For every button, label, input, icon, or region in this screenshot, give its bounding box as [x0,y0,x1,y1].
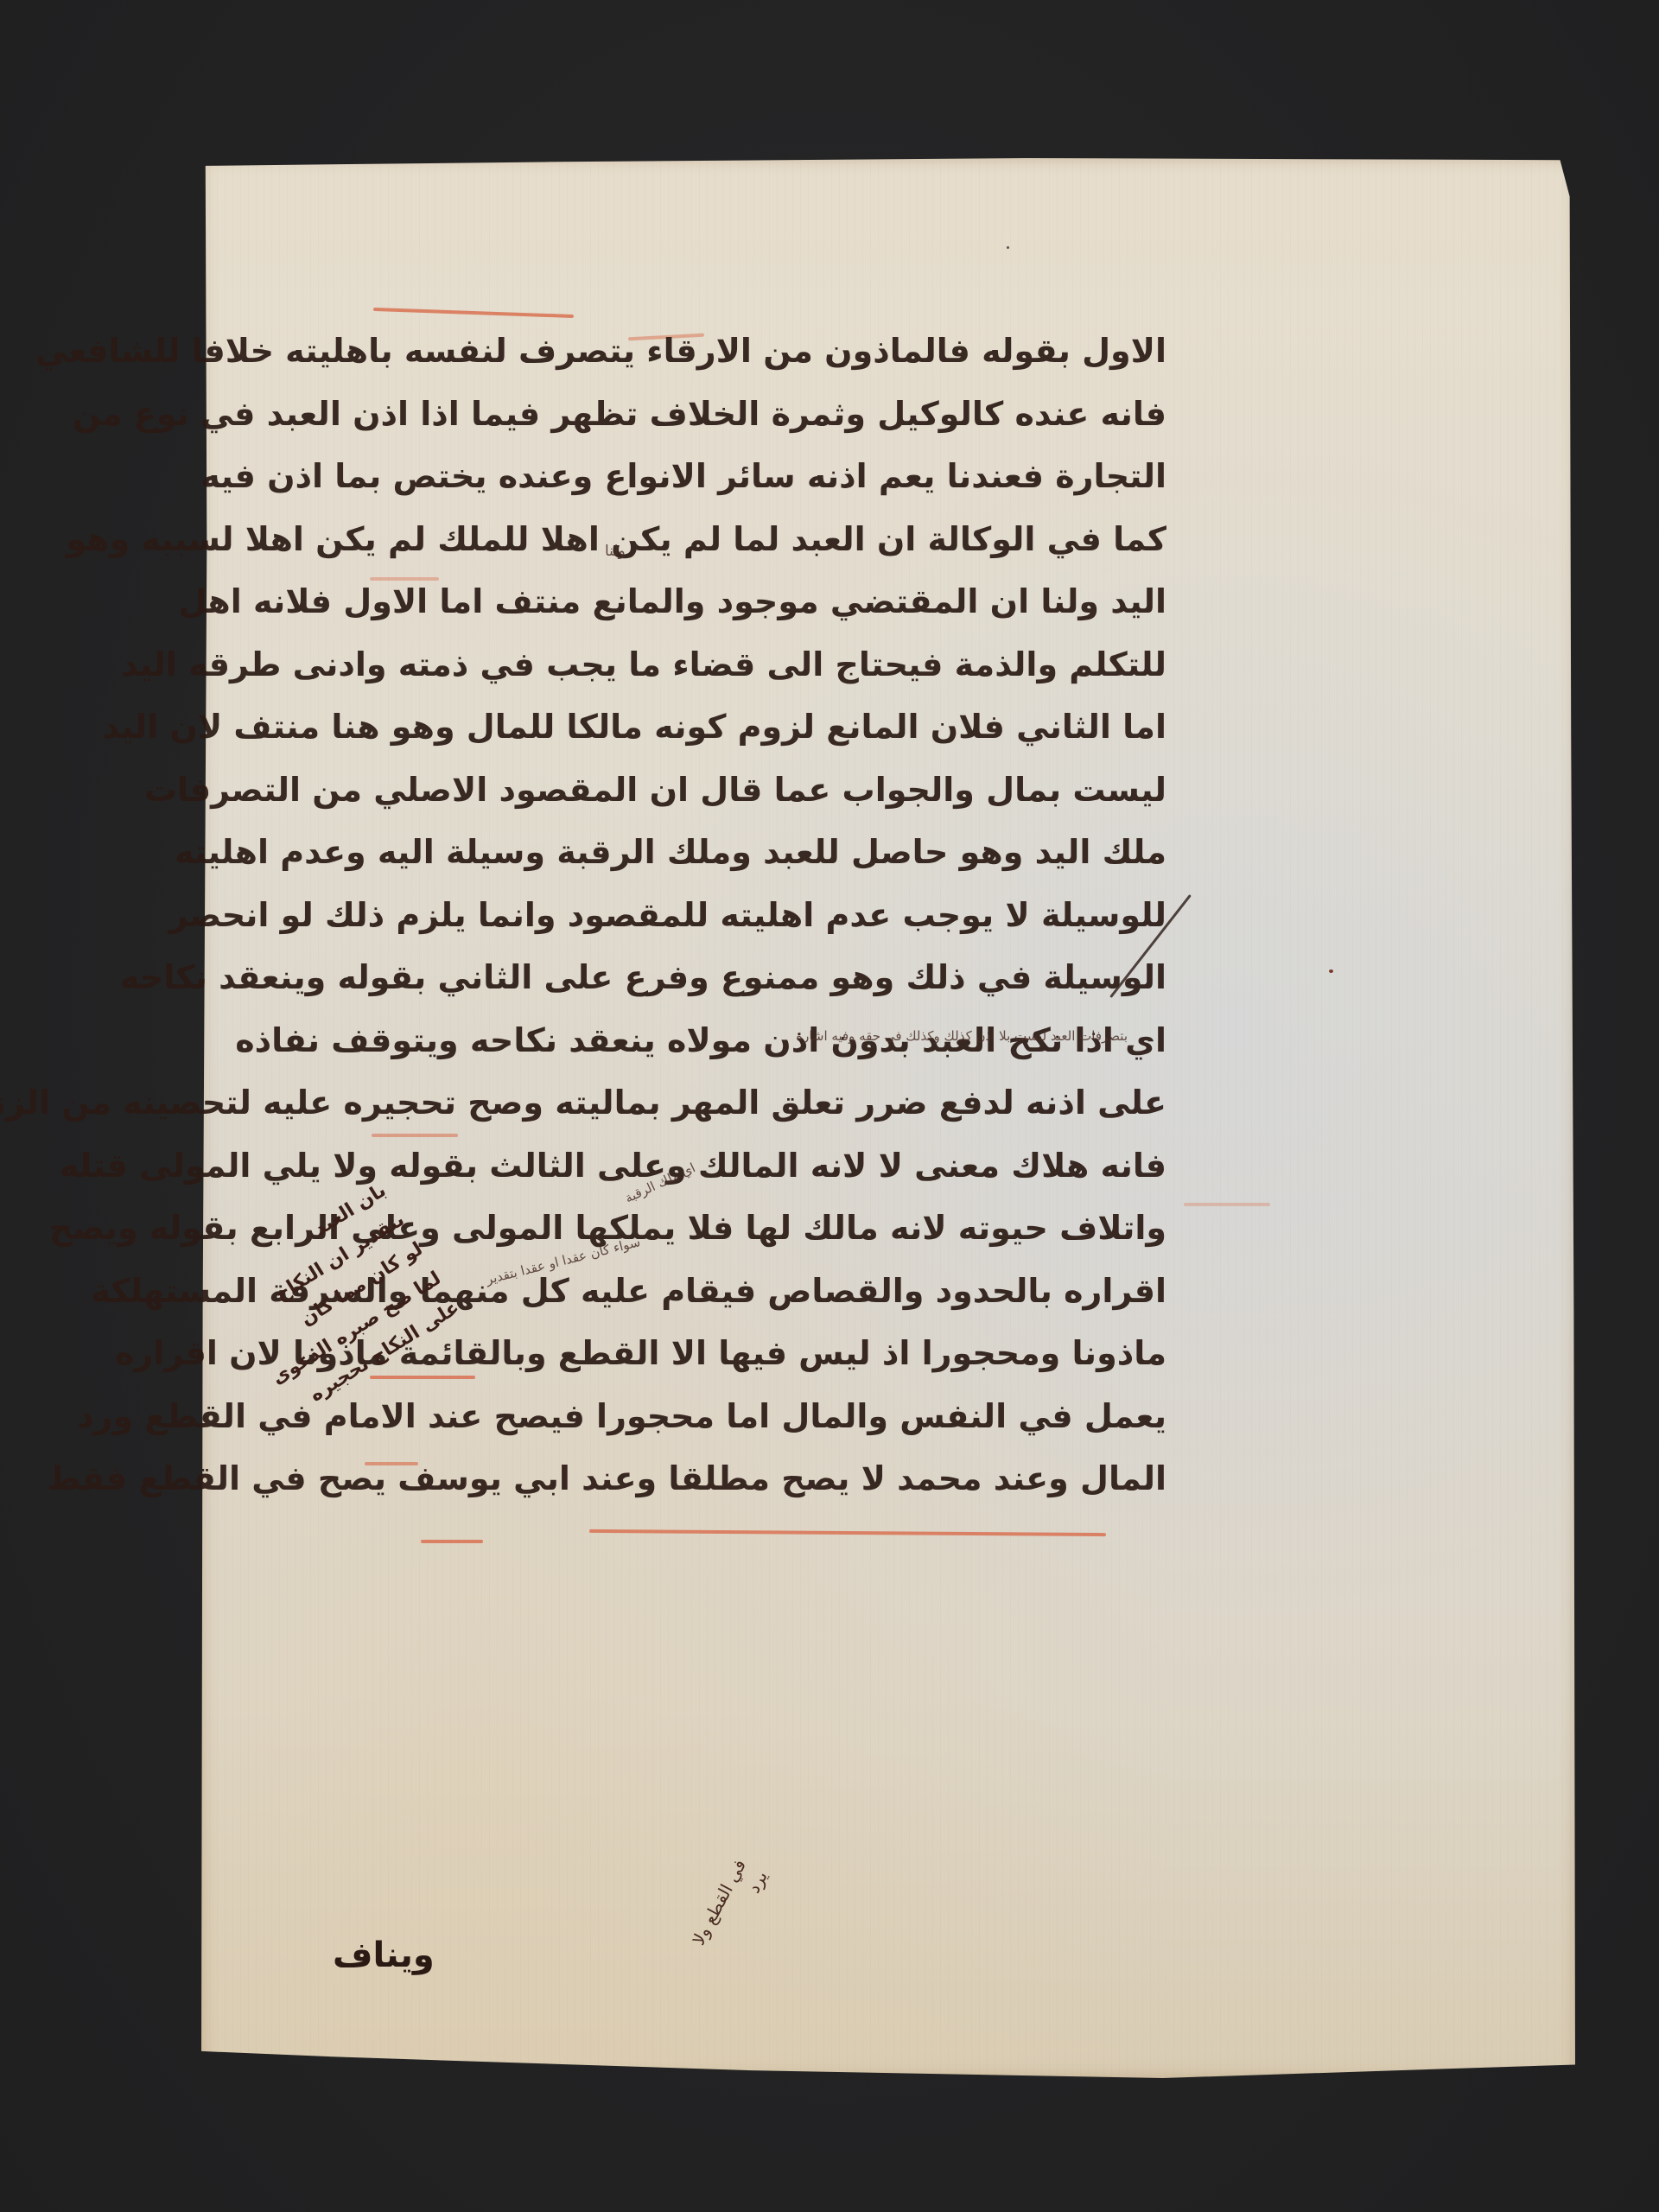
text-line-10: للوسيلة لا يوجب عدم اهليته للمقصود وانما… [363,884,1166,947]
text-line-16: اقراره بالحدود والقصاص فيقام عليه كل منه… [363,1260,1166,1323]
text-line-15: واتلاف حيوته لانه مالك لها فلا يملكها ال… [363,1197,1166,1260]
text-line-8: ليست بمال والجواب عما قال ان المقصود الا… [363,759,1166,822]
text-line-5: اليد ولنا ان المقتضي موجود والمانع منتف … [363,570,1166,633]
text-line-3: التجارة فعندنا يعم اذنه سائر الانواع وعن… [363,445,1166,508]
text-line-4: كما في الوكالة ان العبد لما لم يكن اهلا … [363,508,1166,571]
main-text-block: الاول بقوله فالماذون من الارقاء يتصرف لن… [363,320,1166,1510]
catchword: ويناف [333,1935,435,1975]
text-line-1: الاول بقوله فالماذون من الارقاء يتصرف لن… [363,320,1166,383]
rubric-overline [1184,1203,1270,1206]
text-line-9: ملك اليد وهو حاصل للعبد وملك الرقبة وسيل… [363,821,1166,884]
text-line-14: فانه هلاك معنى لا لانه المالك وعلى الثال… [363,1135,1166,1198]
text-line-18: يعمل في النفس والمال اما محجورا فيصح عند… [363,1385,1166,1448]
interlinear-gloss: ولنا [605,543,626,560]
ink-speck [1329,969,1333,973]
interlinear-gloss: بتصرفات العبد ليست بلا اذن كذلك وكذلك في… [471,1028,1128,1044]
text-line-19: المال وعند محمد لا يصح مطلقا وعند ابي يو… [363,1447,1166,1510]
ink-speck [1007,246,1009,249]
text-line-6: للتكلم والذمة فيحتاج الى قضاء ما يجب في … [363,633,1166,696]
text-line-7: اما الثاني فلان المانع لزوم كونه مالكا ل… [363,696,1166,759]
text-line-11: الوسيلة في ذلك وهو ممنوع وفرع على الثاني… [363,946,1166,1009]
text-line-17: ماذونا ومحجورا اذ ليس فيها الا القطع وبا… [363,1322,1166,1385]
text-line-2: فانه عنده كالوكيل وثمرة الخلاف تظهر فيما… [363,383,1166,446]
rubric-overline [421,1540,483,1543]
text-line-13: على اذنه لدفع ضرر تعلق المهر بماليته وصح… [363,1071,1166,1135]
